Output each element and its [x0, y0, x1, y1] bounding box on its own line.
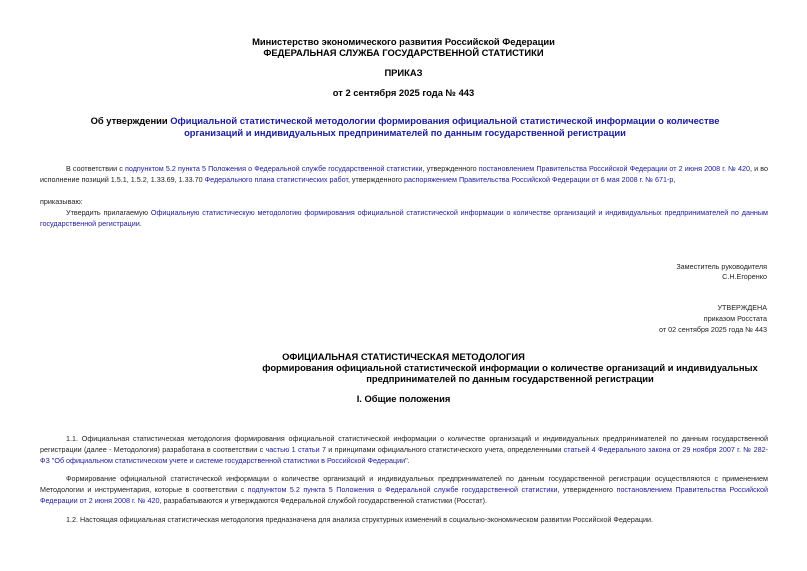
preamble-text-1: В соответствии с [66, 164, 125, 173]
approve-text-2: . [140, 219, 142, 228]
p11-text-2: и принципами официального статистическог… [326, 445, 564, 454]
doc-date-number: от 2 сентября 2025 года № 443 [0, 87, 807, 98]
p11b-text-3: , разрабатываются и утверждаются Федерал… [159, 496, 487, 505]
preamble-text-5: , [673, 175, 675, 184]
title-link[interactable]: Официальной статистической методологии ф… [170, 115, 719, 138]
approved-label: УТВЕРЖДЕНА [717, 302, 767, 313]
doc-type: ПРИКАЗ [0, 67, 807, 78]
link-government-decree-420[interactable]: постановлением Правительства Российской … [479, 164, 750, 173]
paragraph-1-1: 1.1. Официальная статистическая методоло… [40, 433, 768, 466]
paragraph-1-2: 1.2. Настоящая официальная статистическа… [40, 514, 768, 525]
approved-by: приказом Росстата [704, 313, 767, 324]
link-order-671r[interactable]: распоряжением Правительства Российской Ф… [404, 175, 673, 184]
methodology-subtitle: формирования официальной статистической … [250, 362, 770, 384]
title-prefix: Об утверждении [91, 115, 171, 126]
link-subclause-5-2-b[interactable]: подпунктом 5.2 пункта 5 Положения о Феде… [248, 485, 558, 494]
link-part-1-article-7[interactable]: частью 1 статьи 7 [266, 445, 326, 454]
p11b-text-2: , утвержденного [558, 485, 617, 494]
paragraph-1-1-continued: Формирование официальной статистической … [40, 473, 768, 506]
approved-date: от 02 сентября 2025 года № 443 [659, 324, 767, 335]
document-page: Министерство экономического развития Рос… [0, 0, 807, 571]
document-title: Об утверждении Официальной статистическо… [60, 115, 750, 139]
preamble-text-4: , утвержденного [348, 175, 404, 184]
approve-paragraph: Утвердить прилагаемую Официальную статис… [40, 207, 768, 229]
ministry-name: Министерство экономического развития Рос… [0, 36, 807, 47]
link-subclause-5-2[interactable]: подпунктом 5.2 пункта 5 Положения о Феде… [125, 164, 423, 173]
signature-name: С.Н.Егоренко [722, 271, 767, 282]
methodology-title: ОФИЦИАЛЬНАЯ СТАТИСТИЧЕСКАЯ МЕТОДОЛОГИЯ [0, 351, 807, 362]
service-name: ФЕДЕРАЛЬНАЯ СЛУЖБА ГОСУДАРСТВЕННОЙ СТАТИ… [0, 47, 807, 58]
p11-text-3: . [408, 456, 410, 465]
section-heading: I. Общие положения [0, 393, 807, 404]
link-federal-plan[interactable]: Федерального плана статистических работ [205, 175, 348, 184]
preamble-text-2: , утвержденного [423, 164, 479, 173]
order-word: приказываю: [40, 196, 768, 207]
preamble-paragraph: В соответствии с подпунктом 5.2 пункта 5… [40, 163, 768, 185]
approve-text-1: Утвердить прилагаемую [66, 208, 151, 217]
